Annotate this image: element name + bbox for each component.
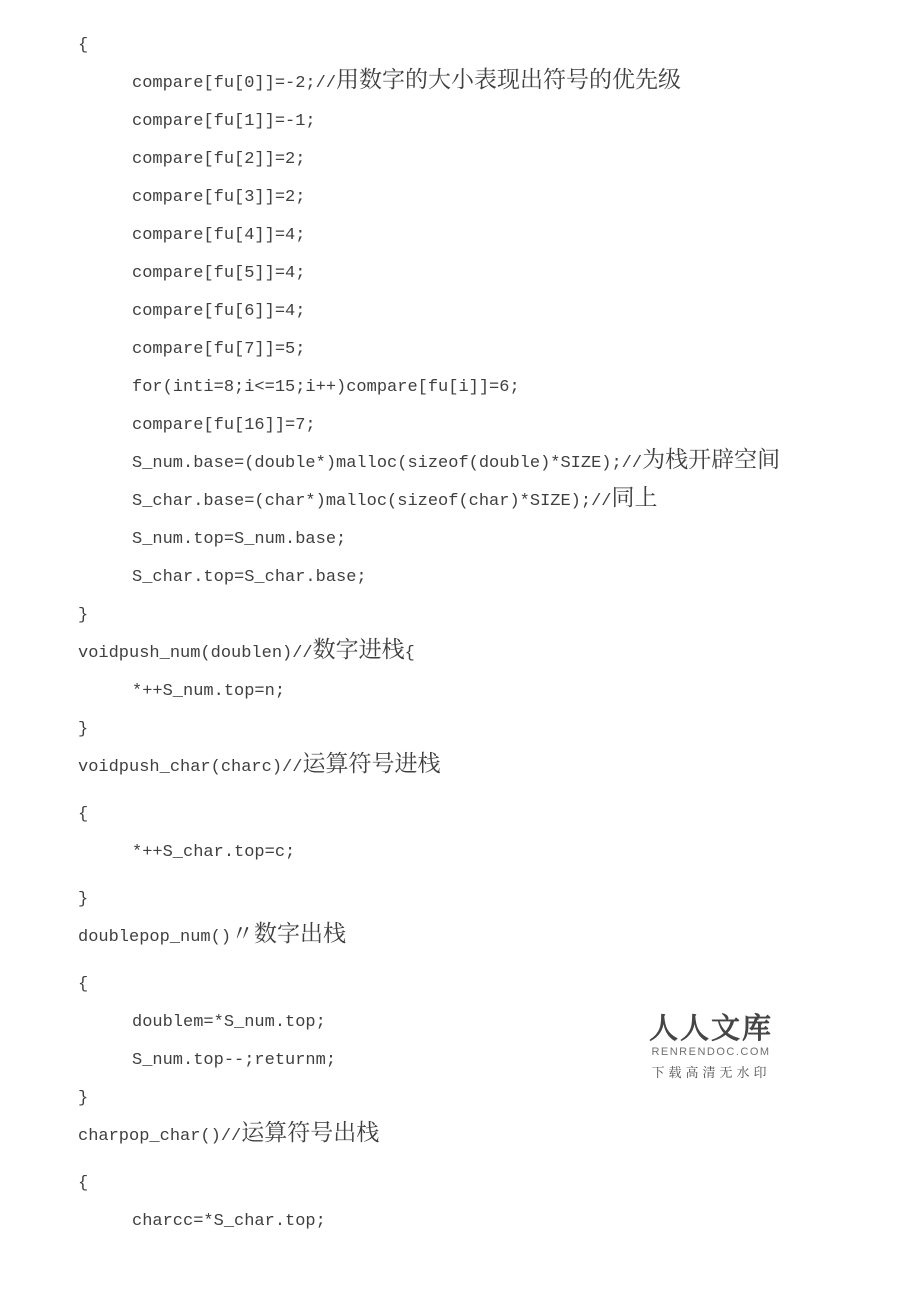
watermark-tagline: 下载高清无水印 — [644, 1062, 778, 1081]
comment-cjk-text: 数字进栈 — [313, 637, 405, 663]
code-line: compare[fu[2]]=2; — [78, 141, 780, 179]
comment-cjk-text: 用数字的大小表现出符号的优先级 — [336, 67, 681, 93]
code-line: compare[fu[6]]=4; — [78, 293, 780, 331]
code-line: doublepop_num()〃数字出栈 — [78, 919, 780, 957]
code-line: } — [78, 881, 780, 919]
code-line: } — [78, 1080, 780, 1118]
code-line: compare[fu[0]]=-2;//用数字的大小表现出符号的优先级 — [78, 65, 780, 103]
watermark-logo-text: 人人文库 — [644, 1012, 778, 1045]
comment-cjk-text: 运算符号出栈 — [241, 1120, 379, 1146]
code-line: S_char.base=(char*)malloc(sizeof(char)*S… — [78, 483, 780, 521]
watermark-domain: RENRENDOC.COM — [644, 1046, 778, 1058]
code-line: compare[fu[1]]=-1; — [78, 103, 780, 141]
code-line: compare[fu[3]]=2; — [78, 179, 780, 217]
comment-cjk-text: 〃数字出栈 — [231, 921, 346, 947]
comment-cjk-text: 运算符号进栈 — [302, 751, 440, 777]
code-line: compare[fu[7]]=5; — [78, 331, 780, 369]
code-line: { — [78, 27, 780, 65]
code-line: compare[fu[5]]=4; — [78, 255, 780, 293]
code-line: compare[fu[16]]=7; — [78, 407, 780, 445]
code-line: for(inti=8;i<=15;i++)compare[fu[i]]=6; — [78, 369, 780, 407]
code-line: { — [78, 796, 780, 834]
code-line: S_num.base=(double*)malloc(sizeof(double… — [78, 445, 780, 483]
code-line: charpop_char()//运算符号出栈 — [78, 1118, 780, 1156]
watermark: 人人文库 RENRENDOC.COM 下载高清无水印 — [644, 1012, 778, 1081]
code-line: *++S_char.top=c; — [78, 834, 780, 872]
code-line: { — [78, 966, 780, 1004]
code-line: } — [78, 711, 780, 749]
code-line: voidpush_num(doublen)//数字进栈{ — [78, 635, 780, 673]
code-line: S_char.top=S_char.base; — [78, 559, 780, 597]
comment-cjk-text: 同上 — [611, 485, 657, 511]
code-line: } — [78, 597, 780, 635]
code-line: voidpush_char(charc)//运算符号进栈 — [78, 749, 780, 787]
code-line: charcc=*S_char.top; — [78, 1203, 780, 1241]
code-line: *++S_num.top=n; — [78, 673, 780, 711]
code-line: compare[fu[4]]=4; — [78, 217, 780, 255]
code-line: { — [78, 1165, 780, 1203]
comment-cjk-text: 为栈开辟空间 — [642, 447, 780, 473]
code-line: S_num.top=S_num.base; — [78, 521, 780, 559]
